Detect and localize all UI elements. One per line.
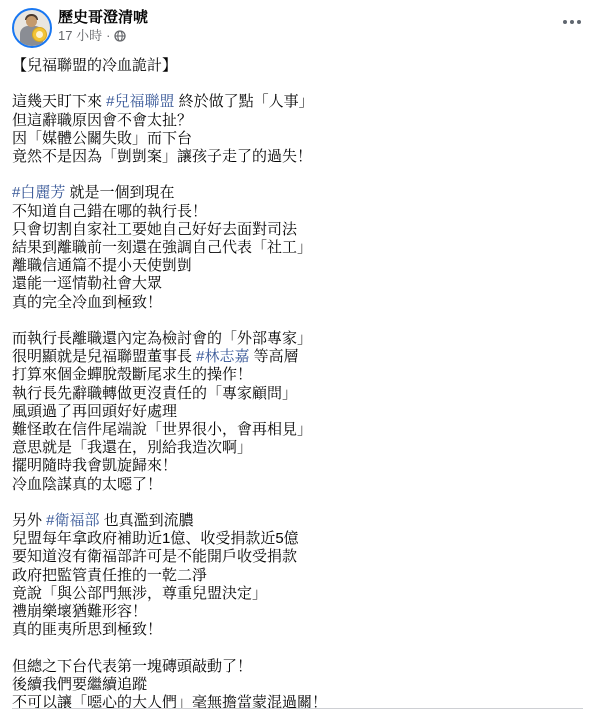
post-header: 歷史哥澄清唬 17 小時 · (0, 0, 595, 48)
post-text-segment: 禮崩樂壞猶難形容！ (12, 603, 147, 620)
post-text-segment: 打算來個金蟬脫殼斷尾求生的操作！ (12, 366, 252, 383)
post-text-segment: 只會切割自家社工要她自己好好去面對司法 (12, 221, 297, 238)
post-line: 禮崩樂壞猶難形容！ (12, 603, 583, 621)
hashtag-link[interactable]: #兒福聯盟 (106, 93, 174, 110)
post-paragraph: 而執行長離職還內定為檢討會的「外部專家」很明顯就是兒福聯盟董事長 #林志嘉 等高… (12, 330, 583, 494)
post-line: 打算來個金蟬脫殼斷尾求生的操作！ (12, 366, 583, 384)
meta-separator: · (106, 28, 110, 44)
footer-divider (12, 708, 583, 709)
post-text-segment: 政府把監管責任推的一乾二淨 (12, 567, 207, 584)
post-paragraph: 【兒福聯盟的冷血詭計】 (12, 57, 583, 75)
post-text-segment: 兒盟每年拿政府補助近1億、收受捐款近5億 (12, 530, 299, 547)
post-text-segment: 但總之下台代表第一塊磚頭敲動了！ (12, 658, 252, 675)
post-text-segment: 真的匪夷所思到極致！ (12, 621, 162, 638)
post-paragraph: 另外 #衛福部 也真濫到流膿兒盟每年拿政府補助近1億、收受捐款近5億要知道沒有衛… (12, 512, 583, 639)
post-paragraph: #白麗芳 就是一個到現在不知道自己錯在哪的執行長！只會切割自家社工要她自己好好去… (12, 184, 583, 311)
post-line: 離職信通篇不提小天使剴剴 (12, 257, 583, 275)
post-line: 真的完全冷血到極致！ (12, 294, 583, 312)
post-text-segment: 難怪敢在信件尾端說「世界很小，會再相見」 (12, 421, 312, 438)
post-text-segment: 就是一個到現在 (65, 184, 174, 201)
post-text-segment: 風頭過了再回頭好好處理 (12, 403, 177, 420)
avatar-person-head (26, 16, 37, 27)
post-line: 竟然不是因為「剴剴案」讓孩子走了的過失！ (12, 148, 583, 166)
post-line: 執行長先辭職轉做更沒責任的「專家顧問」 (12, 385, 583, 403)
post-line: 但總之下台代表第一塊磚頭敲動了！ (12, 658, 583, 676)
post-line: 擺明隨時我會凱旋歸來！ (12, 457, 583, 475)
post-line: 風頭過了再回頭好好處理 (12, 403, 583, 421)
post-text-segment: 很明顯就是兒福聯盟董事長 (12, 348, 196, 365)
post-text-segment: 真的完全冷血到極致！ (12, 294, 162, 311)
post-text-segment: 還能一逕情勒社會大眾 (12, 275, 162, 292)
post-text-segment: 意思就是「我還在，別給我造次啊」 (12, 439, 252, 456)
post-text-segment: 不知道自己錯在哪的執行長！ (12, 203, 207, 220)
post-text-segment: 要知道沒有衛福部許可是不能開戶收受捐款 (12, 548, 297, 565)
post-line: 而執行長離職還內定為檢討會的「外部專家」 (12, 330, 583, 348)
post-line: 很明顯就是兒福聯盟董事長 #林志嘉 等高層 (12, 348, 583, 366)
post-text-segment: 另外 (12, 512, 46, 529)
post-text-segment: 這幾天盯下來 (12, 93, 106, 110)
post-line: 竟說「與公部門無涉，尊重兒盟決定」 (12, 585, 583, 603)
post-text-segment: 冷血陰謀真的太噁了！ (12, 476, 162, 493)
post-options-button[interactable] (561, 16, 583, 28)
post-meta-row: 17 小時 · (58, 28, 148, 44)
post-line: 還能一逕情勒社會大眾 (12, 275, 583, 293)
post-line: 難怪敢在信件尾端說「世界很小，會再相見」 (12, 421, 583, 439)
post-text-segment: 後續我們要繼續追蹤 (12, 676, 147, 693)
post-text-segment: 終於做了點「人事」 (175, 93, 314, 110)
post-text-segment: 等高層 (250, 348, 299, 365)
profile-avatar[interactable] (12, 8, 52, 48)
post-line: 意思就是「我還在，別給我造次啊」 (12, 439, 583, 457)
post-line: 結果到離職前一刻還在強調自己代表「社工」 (12, 239, 583, 257)
post-line: 不知道自己錯在哪的執行長！ (12, 203, 583, 221)
post-line: #白麗芳 就是一個到現在 (12, 184, 583, 202)
post-text-segment: 離職信通篇不提小天使剴剴 (12, 257, 192, 274)
post-text-segment: 【兒福聯盟的冷血詭計】 (12, 57, 177, 74)
post-line: 只會切割自家社工要她自己好好去面對司法 (12, 221, 583, 239)
post-line: 另外 #衛福部 也真濫到流膿 (12, 512, 583, 530)
post-line: 兒盟每年拿政府補助近1億、收受捐款近5億 (12, 530, 583, 548)
hashtag-link[interactable]: #林志嘉 (196, 348, 249, 365)
author-name-link[interactable]: 歷史哥澄清唬 (58, 8, 148, 27)
post-line: 要知道沒有衛福部許可是不能開戶收受捐款 (12, 548, 583, 566)
post-line: 【兒福聯盟的冷血詭計】 (12, 57, 583, 75)
post-line: 冷血陰謀真的太噁了！ (12, 476, 583, 494)
globe-public-icon (114, 30, 126, 42)
post-text-segment: 執行長先辭職轉做更沒責任的「專家顧問」 (12, 385, 297, 402)
post-text-segment: 也真濫到流膿 (100, 512, 194, 529)
ellipsis-icon (563, 20, 581, 24)
post-text-segment: 竟說「與公部門無涉，尊重兒盟決定」 (12, 585, 267, 602)
post-text-segment: 結果到離職前一刻還在強調自己代表「社工」 (12, 239, 312, 256)
post-line: 真的匪夷所思到極致！ (12, 621, 583, 639)
header-meta: 歷史哥澄清唬 17 小時 · (58, 8, 148, 44)
post-paragraph: 但總之下台代表第一塊磚頭敲動了！後續我們要繼續追蹤不可以讓「噁心的大人們」毫無擔… (12, 658, 583, 711)
hashtag-link[interactable]: #白麗芳 (12, 184, 65, 201)
post-text-segment: 因「媒體公關失敗」而下台 (12, 130, 192, 147)
post-line: 但這辭職原因會不會太扯？ (12, 112, 583, 130)
post-text-segment: 而執行長離職還內定為檢討會的「外部專家」 (12, 330, 312, 347)
post-line: 因「媒體公關失敗」而下台 (12, 130, 583, 148)
post-text-segment: 竟然不是因為「剴剴案」讓孩子走了的過失！ (12, 148, 312, 165)
post-text-segment: 但這辭職原因會不會太扯？ (12, 112, 192, 129)
post-line: 政府把監管責任推的一乾二淨 (12, 567, 583, 585)
hashtag-link[interactable]: #衛福部 (46, 512, 99, 529)
avatar-yellow-badge (32, 27, 47, 42)
post-body: 【兒福聯盟的冷血詭計】這幾天盯下來 #兒福聯盟 終於做了點「人事」但這辭職原因會… (0, 48, 595, 711)
post-paragraph: 這幾天盯下來 #兒福聯盟 終於做了點「人事」但這辭職原因會不會太扯？因「媒體公關… (12, 93, 583, 166)
timestamp-link[interactable]: 17 小時 (58, 28, 102, 44)
post-line: 後續我們要繼續追蹤 (12, 676, 583, 694)
facebook-post: 歷史哥澄清唬 17 小時 · 【兒福聯盟的冷血詭計】這幾天盯下來 #兒福聯盟 終… (0, 0, 595, 711)
post-line: 這幾天盯下來 #兒福聯盟 終於做了點「人事」 (12, 93, 583, 111)
post-text-segment: 擺明隨時我會凱旋歸來！ (12, 457, 177, 474)
